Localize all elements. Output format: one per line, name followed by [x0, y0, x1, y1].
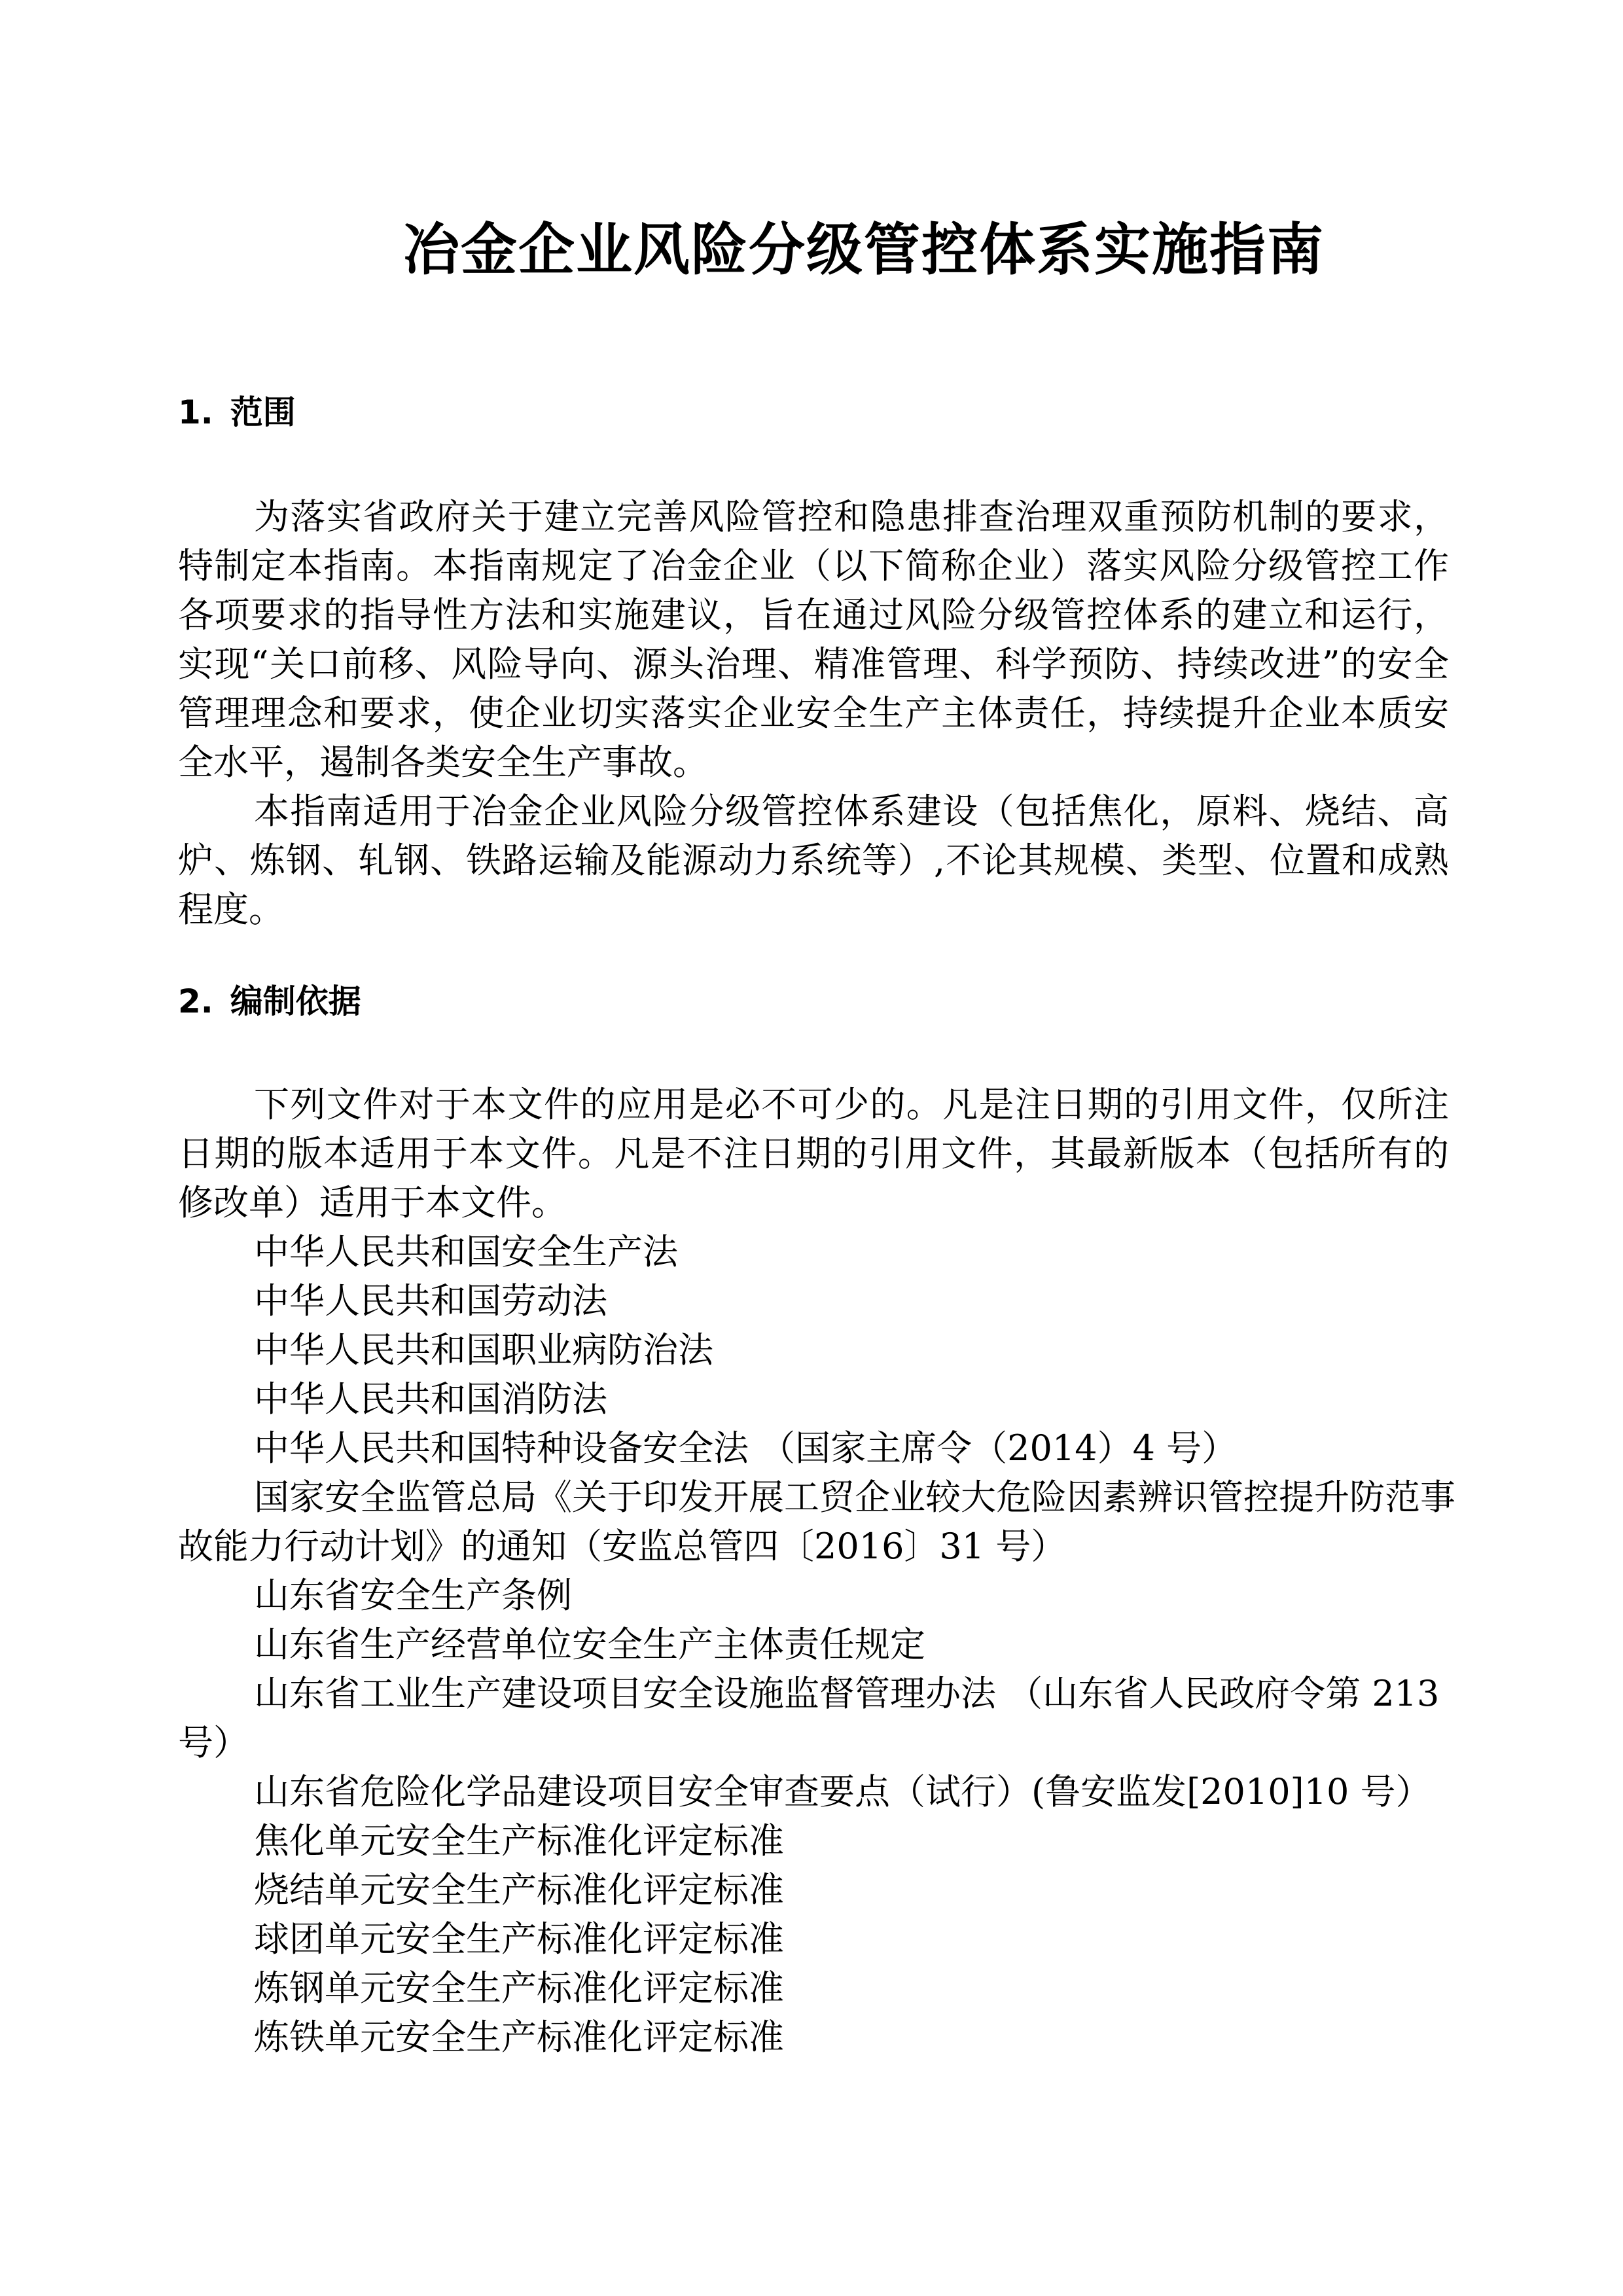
reference-item: 中华人民共和国劳动法	[178, 1276, 1461, 1325]
document-page: 冶金企业风险分级管控体系实施指南 1.范围 为落实省政府关于建立完善风险管控和隐…	[0, 0, 1623, 2296]
reference-item: 山东省工业生产建设项目安全设施监督管理办法 （山东省人民政府令第 213 号）	[178, 1669, 1461, 1767]
reference-item: 中华人民共和国职业病防治法	[178, 1325, 1461, 1374]
reference-item: 国家安全监管总局《关于印发开展工贸企业较大危险因素辨识管控提升防范事故能力行动计…	[178, 1473, 1461, 1571]
reference-item: 中华人民共和国消防法	[178, 1374, 1461, 1424]
reference-item: 炼铁单元安全生产标准化评定标准	[178, 2013, 1461, 2062]
reference-item: 烧结单元安全生产标准化评定标准	[178, 1865, 1461, 1914]
reference-item: 球团单元安全生产标准化评定标准	[178, 1914, 1461, 1964]
reference-item: 中华人民共和国安全生产法	[178, 1227, 1461, 1276]
document-title: 冶金企业风险分级管控体系实施指南	[0, 204, 1623, 285]
reference-item: 山东省生产经营单位安全生产主体责任规定	[178, 1620, 1461, 1669]
section-title: 编制依据	[230, 982, 361, 1020]
section-title: 范围	[230, 393, 296, 431]
section-number: 1.	[178, 393, 213, 431]
reference-item: 山东省危险化学品建设项目安全审查要点（试行）(鲁安监发[2010]10 号）	[178, 1767, 1461, 1816]
reference-item: 中华人民共和国特种设备安全法 （国家主席令（2014）4 号）	[178, 1424, 1461, 1473]
paragraph-applicability: 本指南适用于冶金企业风险分级管控体系建设（包括焦化，原料、烧结、高炉、炼钢、轧钢…	[178, 787, 1449, 934]
paragraph-purpose: 为落实省政府关于建立完善风险管控和隐患排查治理双重预防机制的要求，特制定本指南。…	[178, 492, 1449, 787]
reference-item: 炼钢单元安全生产标准化评定标准	[178, 1964, 1461, 2013]
section-number: 2.	[178, 982, 213, 1020]
reference-item: 焦化单元安全生产标准化评定标准	[178, 1816, 1461, 1865]
section-heading-scope: 1.范围	[178, 386, 296, 433]
paragraph-normative-references: 下列文件对于本文件的应用是必不可少的。凡是注日期的引用文件，仅所注日期的版本适用…	[178, 1080, 1449, 1227]
section-heading-basis: 2.编制依据	[178, 975, 361, 1022]
reference-item: 山东省安全生产条例	[178, 1571, 1461, 1620]
